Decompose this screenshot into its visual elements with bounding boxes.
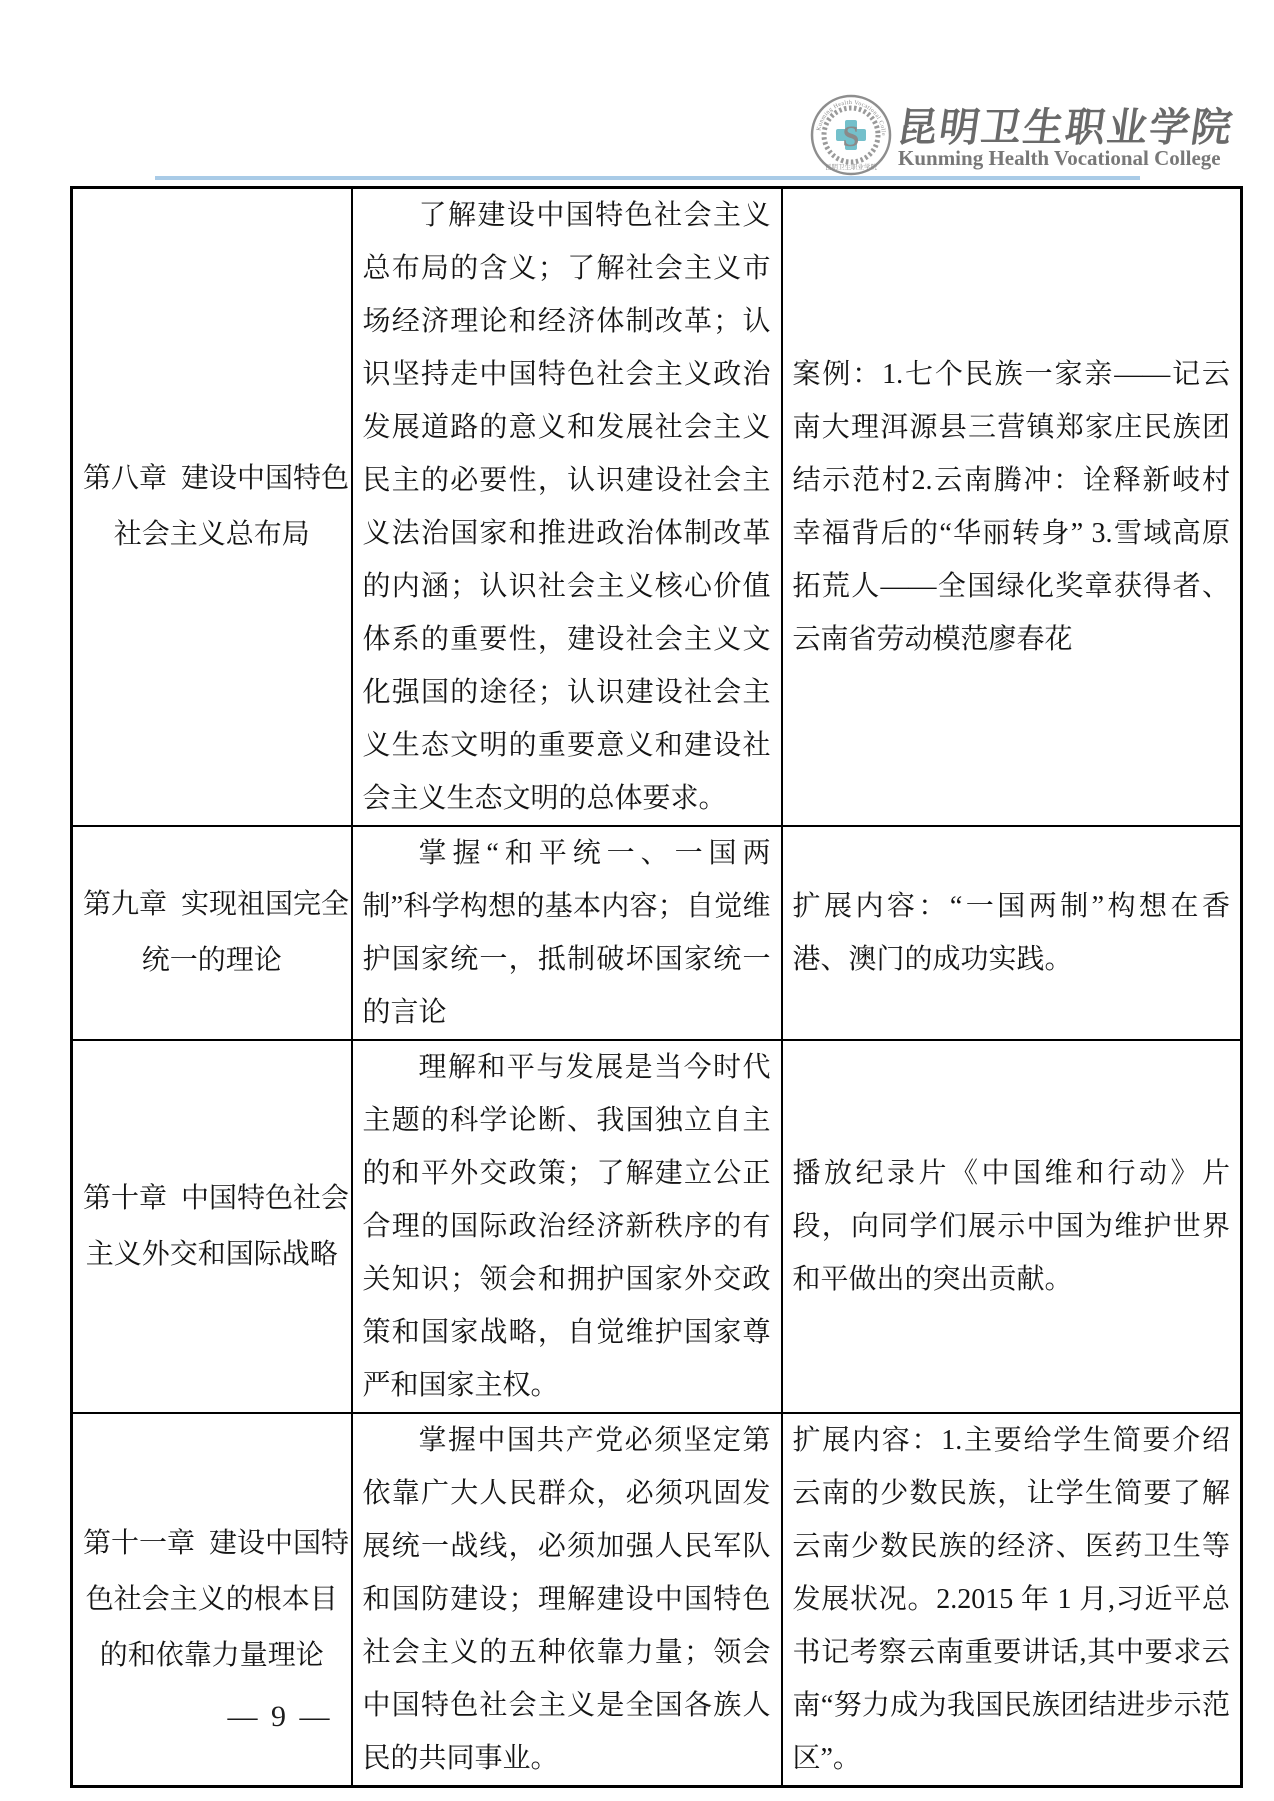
extension-text: 扩展内容：1.主要给学生简要介绍云南的少数民族，让学生简要了解云南少数民族的经济… [793, 1414, 1231, 1785]
chapter-title-line: 第八章 建设中国特色 [83, 451, 341, 507]
chapter-title-line: 统一的理论 [83, 933, 341, 989]
chapter-title-line: 第十章 中国特色社会 [83, 1171, 341, 1227]
extension-cell: 播放纪录片《中国维和行动》片段，向同学们展示中国为维护世界和平做出的突出贡献。 [782, 1040, 1242, 1413]
table-row-chapter-8: 第八章 建设中国特色 社会主义总布局 了解建设中国特色社会主义总布局的含义；了解… [72, 188, 1242, 827]
chapter-cell: 第十章 中国特色社会 主义外交和国际战略 [72, 1040, 352, 1413]
extension-text: 播放纪录片《中国维和行动》片段，向同学们展示中国为维护世界和平做出的突出贡献。 [793, 1147, 1231, 1306]
college-name-en: Kunming Health Vocational College [898, 146, 1190, 171]
chapter-title-line: 的和依靠力量理论 [83, 1628, 341, 1684]
extension-cell: 扩展内容：1.主要给学生简要介绍云南的少数民族，让学生简要了解云南少数民族的经济… [782, 1413, 1242, 1787]
extension-text: 案例：1.七个民族一家亲——记云南大理洱源县三营镇郑家庄民族团结示范村2.云南腾… [793, 348, 1231, 666]
table-row-chapter-10: 第十章 中国特色社会 主义外交和国际战略 理解和平与发展是当今时代主题的科学论断… [72, 1040, 1242, 1413]
seal-bottom-text: 昆明卫生职业学院 [825, 162, 878, 171]
extension-text: 扩展内容：“一国两制”构想在香港、澳门的成功实践。 [793, 880, 1231, 986]
chapter-title-line: 主义外交和国际战略 [83, 1227, 341, 1283]
chapter-title-line: 色社会主义的根本目 [83, 1572, 341, 1628]
objective-cell: 了解建设中国特色社会主义总布局的含义；了解社会主义市场经济理论和经济体制改革；认… [352, 188, 782, 827]
table-row-chapter-9: 第九章 实现祖国完全 统一的理论 掌握“和平统一、一国两制”科学构想的基本内容；… [72, 826, 1242, 1040]
objective-text: 了解建设中国特色社会主义总布局的含义；了解社会主义市场经济理论和经济体制改革；认… [363, 189, 771, 825]
college-name-zh: 昆明卫生职业学院 [894, 96, 1194, 153]
objective-cell: 理解和平与发展是当今时代主题的科学论断、我国独立自主的和平外交政策；了解建立公正… [352, 1040, 782, 1413]
chapter-cell: 第八章 建设中国特色 社会主义总布局 [72, 188, 352, 827]
seal-dragon-emblem: S [843, 120, 860, 153]
header-divider-line [155, 176, 1140, 180]
chapter-cell: 第九章 实现祖国完全 统一的理论 [72, 826, 352, 1040]
extension-cell: 扩展内容：“一国两制”构想在香港、澳门的成功实践。 [782, 826, 1242, 1040]
syllabus-table: 第八章 建设中国特色 社会主义总布局 了解建设中国特色社会主义总布局的含义；了解… [70, 186, 1243, 1788]
page-number: — 9 — [195, 1700, 365, 1734]
objective-cell: 掌握“和平统一、一国两制”科学构想的基本内容；自觉维护国家统一，抵制破坏国家统一… [352, 826, 782, 1040]
extension-cell: 案例：1.七个民族一家亲——记云南大理洱源县三营镇郑家庄民族团结示范村2.云南腾… [782, 188, 1242, 827]
chapter-title-line: 第十一章 建设中国特 [83, 1516, 341, 1572]
chapter-title-line: 第九章 实现祖国完全 [83, 877, 341, 933]
objective-text: 掌握中国共产党必须坚定第依靠广大人民群众，必须巩固发展统一战线，必须加强人民军队… [363, 1414, 771, 1785]
college-seal-logo: Kunming Health Vocational College S 昆明卫生… [810, 94, 892, 176]
chapter-title-line: 社会主义总布局 [83, 507, 341, 563]
objective-text: 掌握“和平统一、一国两制”科学构想的基本内容；自觉维护国家统一，抵制破坏国家统一… [363, 827, 771, 1039]
objective-text: 理解和平与发展是当今时代主题的科学论断、我国独立自主的和平外交政策；了解建立公正… [363, 1041, 771, 1412]
objective-cell: 掌握中国共产党必须坚定第依靠广大人民群众，必须巩固发展统一战线，必须加强人民军队… [352, 1413, 782, 1787]
